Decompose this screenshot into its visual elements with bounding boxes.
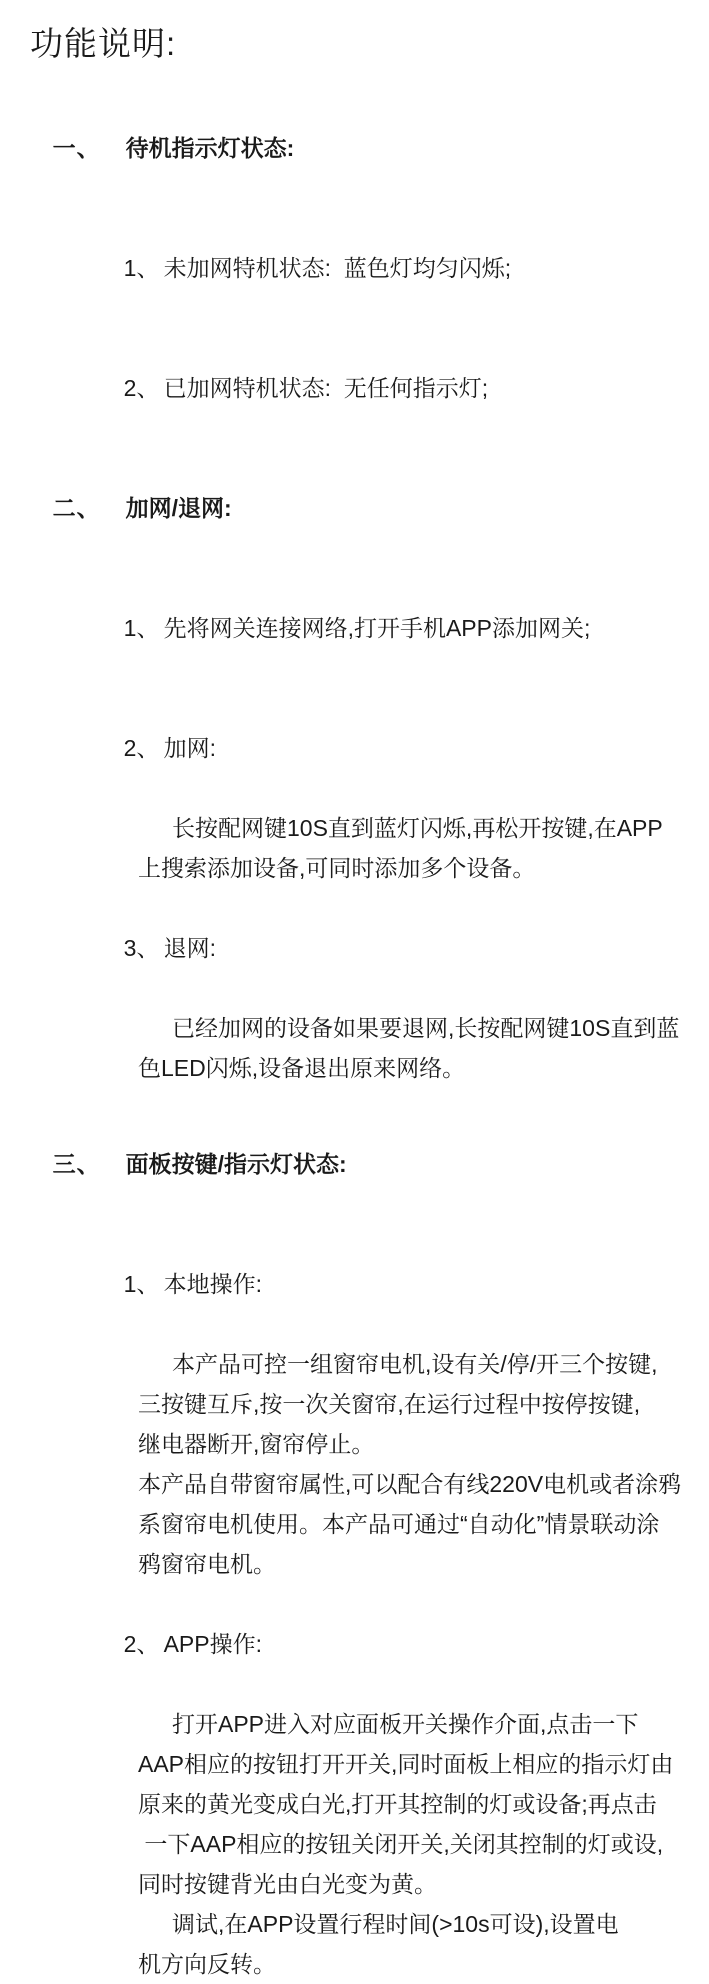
section-heading-text: 面板按键/指示灯状态: [126,1151,347,1177]
item-number: 3、 [124,928,164,968]
list-item: 1、本地操作: [27,1224,689,1344]
section-heading-1: 一、待机指示灯状态: [27,88,689,208]
section-heading-text: 加网/退网: [126,495,232,521]
item-number: 2、 [124,728,164,768]
list-item: 2、加网: [27,688,689,808]
paragraph-line: 一下AAP相应的按钮关闭开关,关闭其控制的灯或设, [27,1824,689,1864]
paragraph-line: 鸦窗帘电机。 [27,1544,689,1584]
item-text: 未加网特机状态: 蓝色灯均匀闪烁; [164,255,512,281]
section-marker: 三、 [53,1144,126,1184]
item-number: 1、 [124,248,164,288]
section-marker: 二、 [53,488,126,528]
paragraph-line: 色LED闪烁,设备退出原来网络。 [27,1048,689,1088]
item-text: 退网: [164,935,216,961]
manual-page: 功能说明: 一、待机指示灯状态: 1、未加网特机状态: 蓝色灯均匀闪烁; 2、已… [0,0,709,1984]
section-heading-text: 待机指示灯状态: [126,135,295,161]
item-text: 加网: [164,735,216,761]
paragraph-line: 同时按键背光由白光变为黄。 [27,1864,689,1904]
paragraph-line: 原来的黄光变成白光,打开其控制的灯或设备;再点击 [27,1784,689,1824]
paragraph-line: 打开APP进入对应面板开关操作介面,点击一下 [27,1704,689,1744]
paragraph-line: 已经加网的设备如果要退网,长按配网键10S直到蓝 [27,1008,689,1048]
item-number: 1、 [124,608,164,648]
paragraph-line: 本产品可控一组窗帘电机,设有关/停/开三个按键, [27,1344,689,1384]
item-text: 先将网关连接网络,打开手机APP添加网关; [164,615,591,641]
item-number: 1、 [124,1264,164,1304]
section-heading-3: 三、面板按键/指示灯状态: [27,1104,689,1224]
list-item: 2、APP操作: [27,1584,689,1704]
item-text: APP操作: [164,1631,262,1657]
paragraph-line: 系窗帘电机使用。本产品可通过“自动化”情景联动涂 [27,1504,689,1544]
page-title: 功能说明: [30,24,689,64]
item-text: 已加网特机状态: 无任何指示灯; [164,375,489,401]
paragraph-line: 上搜索添加设备,可同时添加多个设备。 [27,848,689,888]
paragraph-line: 长按配网键10S直到蓝灯闪烁,再松开按键,在APP [27,808,689,848]
list-item: 1、先将网关连接网络,打开手机APP添加网关; [27,568,689,688]
paragraph-line: 机方向反转。 [27,1944,689,1984]
paragraph-line: 本产品自带窗帘属性,可以配合有线220V电机或者涂鸦 [27,1464,689,1504]
paragraph-line: 继电器断开,窗帘停止。 [27,1424,689,1464]
item-text: 本地操作: [164,1271,262,1297]
item-number: 2、 [124,368,164,408]
list-item: 1、未加网特机状态: 蓝色灯均匀闪烁; [27,208,689,328]
item-number: 2、 [124,1624,164,1664]
paragraph-line: 调试,在APP设置行程时间(>10s可设),设置电 [27,1904,689,1944]
section-marker: 一、 [53,128,126,168]
list-item: 3、退网: [27,888,689,1008]
list-item: 2、已加网特机状态: 无任何指示灯; [27,328,689,448]
paragraph-line: AAP相应的按钮打开开关,同时面板上相应的指示灯由 [27,1744,689,1784]
paragraph-line: 三按键互斥,按一次关窗帘,在运行过程中按停按键, [27,1384,689,1424]
section-heading-2: 二、加网/退网: [27,448,689,568]
